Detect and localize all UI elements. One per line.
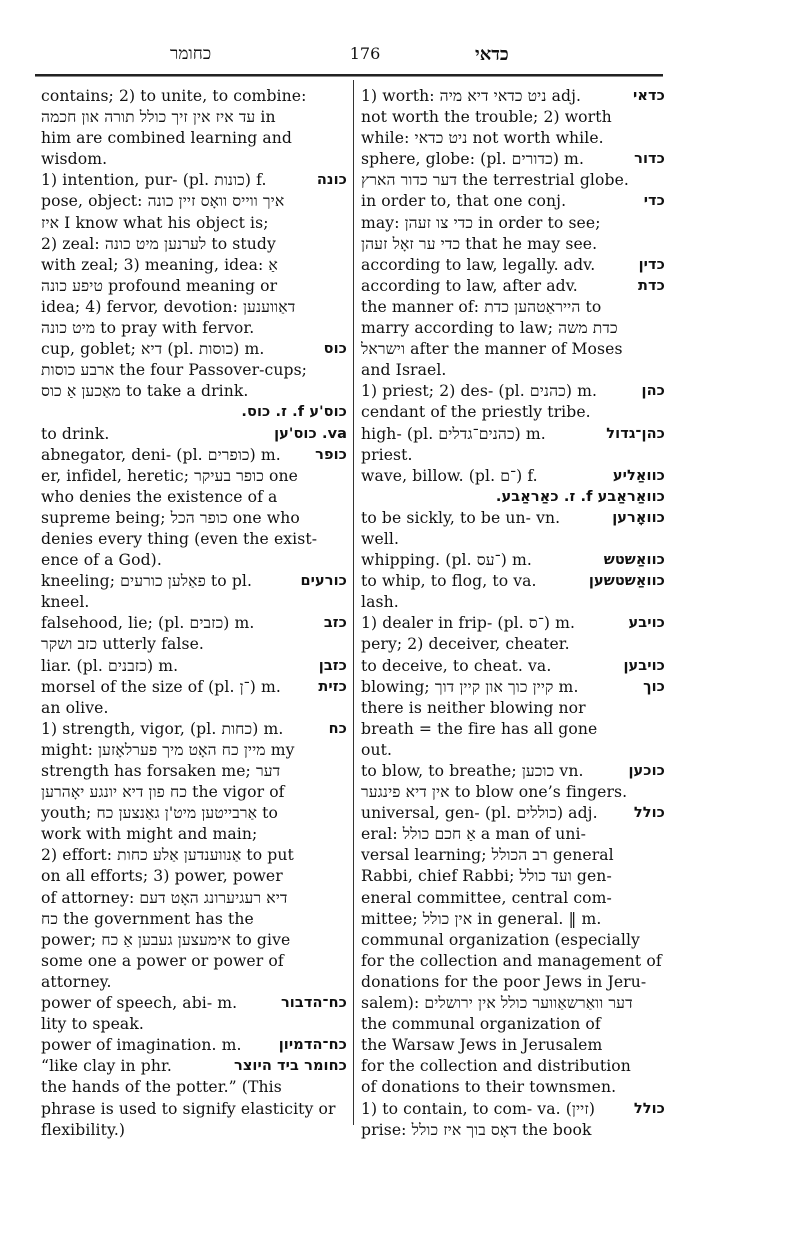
definition-text: ence of a God).: [41, 550, 162, 571]
definition-text: Rabbi, chief Rabbi; ועד כולל gen-: [361, 866, 612, 887]
headword: כויבען: [623, 656, 665, 677]
entry-line: power of imagination. m.כח־הדמיון: [41, 1035, 347, 1056]
entry-line: the hands of the potter.” (This: [41, 1077, 347, 1098]
entry-line: er, infidel, heretic; כופר בעיקר one: [41, 466, 347, 487]
entry-line: whipping. (pl. ־עס) m.כוואַשטש: [361, 550, 665, 571]
definition-text: attorney.: [41, 972, 112, 993]
headword: כזית: [318, 677, 347, 698]
headword: כחומר ביד היוצר: [234, 1056, 347, 1077]
headword: כוואַשטש: [604, 550, 665, 571]
definition-text: for the collection and distribution: [361, 1056, 631, 1077]
headword: כזב: [324, 613, 347, 634]
headword: כוואַראַבע f. ז. כאַראַבע.: [496, 487, 665, 508]
definition-text: power of imagination. m.: [41, 1035, 242, 1056]
definition-text: sphere, globe: (pl. כדורים) m.: [361, 149, 584, 170]
definition-text: power; אימעצען געבען אַ כח to give: [41, 930, 290, 951]
entry-line: for the collection and management of: [361, 951, 665, 972]
definition-text: work with might and main;: [41, 824, 257, 845]
entry-line: eral: אַ חכם כולל a man of uni-: [361, 824, 665, 845]
entry-line: ארבע כוסות the four Passover-cups;: [41, 360, 347, 381]
headword: כדור: [634, 149, 665, 170]
definition-text: to blow, to breathe; כוכען vn.: [361, 761, 584, 782]
headword: כח־הדמיון: [279, 1035, 347, 1056]
headword: כויבע: [629, 613, 665, 634]
headword: כוואַשטשען: [589, 571, 665, 592]
entry-line: some one a power or power of: [41, 951, 347, 972]
definition-text: not worth the trouble; 2) worth: [361, 107, 612, 128]
definition-text: breath = the fire has all gone: [361, 719, 597, 740]
entry-line: ence of a God).: [41, 550, 347, 571]
dictionary-page: כחומר 176 כדאי contains; 2) to unite, to…: [0, 0, 788, 1237]
entry-line: עד איז אין זיך כולל תורה און חכמה in: [41, 107, 347, 128]
definition-text: versal learning; רב הכולל general: [361, 845, 614, 866]
entry-line: salem): דער וואַרשאַווער כולל אין ירושלי…: [361, 993, 665, 1014]
definition-text: strength has forsaken me; דער: [41, 761, 280, 782]
definition-text: to whip, to flog, to va.: [361, 571, 537, 592]
definition-text: marry according to law; כדת משה: [361, 318, 618, 339]
entry-line: to deceive, to cheat. va.כויבען: [361, 656, 665, 677]
definition-text: of attorney: דיא רעגיערונג האָט דעם: [41, 888, 288, 909]
entry-line: in order to, that one conj.כדי: [361, 191, 665, 212]
definition-text: כזב ושקר utterly false.: [41, 634, 204, 655]
headword: כהן: [642, 381, 665, 402]
headword: כוס: [324, 339, 347, 360]
entry-line: abnegator, deni- (pl. כופרים) m.כופר: [41, 445, 347, 466]
definition-text: idea; 4) fervor, devotion: דאַווענען: [41, 297, 295, 318]
definition-text: er, infidel, heretic; כופר בעיקר one: [41, 466, 298, 487]
entry-line: an olive.: [41, 698, 347, 719]
definition-text: איז I know what his object is;: [41, 213, 269, 234]
definition-text: 1) worth: ניט כדאי דיא מיה adj.: [361, 86, 581, 107]
entry-line: cup, goblet; דיא (pl. כוסות) m.כוס: [41, 339, 347, 360]
headword: כדת: [638, 276, 665, 297]
definition-text: cup, goblet; דיא (pl. כוסות) m.: [41, 339, 264, 360]
definition-text: כדי ער זאָל זעהן that he may see.: [361, 234, 597, 255]
definition-text: him are combined learning and: [41, 128, 292, 149]
entry-line: of donations to their townsmen.: [361, 1077, 665, 1098]
definition-text: may: כדי צו זעהן in order to see;: [361, 213, 601, 234]
headword: כוס'ע f. ז. כוס.: [241, 402, 347, 423]
left-guide-word: כחומר: [170, 44, 211, 64]
definition-text: supreme being; כופר הכל one who: [41, 508, 300, 529]
definition-text: the hands of the potter.” (This: [41, 1077, 282, 1098]
definition-text: eneral committee, central com-: [361, 888, 612, 909]
definition-text: to be sickly, to be un- vn.: [361, 508, 560, 529]
definition-text: “like clay in phr.: [41, 1056, 172, 1077]
entry-line: to blow, to breathe; כוכען vn.כוכען: [361, 761, 665, 782]
entry-line: וישראל after the manner of Moses: [361, 339, 665, 360]
definition-text: 2) effort: אַנווענדען אַלע כחות to put: [41, 845, 294, 866]
entry-line: prise: דאָס בוך איז כולל the book: [361, 1120, 665, 1141]
definition-text: eral: אַ חכם כולל a man of uni-: [361, 824, 586, 845]
headword: כולל: [634, 1099, 665, 1120]
entry-line: kneel.: [41, 592, 347, 613]
entry-line: priest.: [361, 445, 665, 466]
definition-text: well.: [361, 529, 399, 550]
entry-line: of attorney: דיא רעגיערונג האָט דעם: [41, 888, 347, 909]
entry-line: pery; 2) deceiver, cheater.: [361, 634, 665, 655]
entry-line: marry according to law; כדת משה: [361, 318, 665, 339]
definition-text: lash.: [361, 592, 399, 613]
entry-line: with zeal; 3) meaning, idea: אַ: [41, 255, 347, 276]
entry-line: while: ניט כדאי not worth while.: [361, 128, 665, 149]
entry-line: may: כדי צו זעהן in order to see;: [361, 213, 665, 234]
entry-line: כוס'ע f. ז. כוס.: [41, 402, 347, 423]
entry-line: universal, gen- (pl. כוללים) adj.כולל: [361, 803, 665, 824]
entry-line: strength has forsaken me; דער: [41, 761, 347, 782]
headword: כדין: [639, 255, 665, 276]
entry-line: כדי ער זאָל זעהן that he may see.: [361, 234, 665, 255]
definition-text: lity to speak.: [41, 1014, 144, 1035]
entry-line: breath = the fire has all gone: [361, 719, 665, 740]
entry-line: power of speech, abi- m.כח־הדבור: [41, 993, 347, 1014]
definition-text: salem): דער וואַרשאַווער כולל אין ירושלי…: [361, 993, 633, 1014]
definition-text: טיפע כונה profound meaning or: [41, 276, 277, 297]
definition-text: to drink.: [41, 424, 109, 445]
entry-line: דער כדור הארץ the terrestrial globe.: [361, 170, 665, 191]
definition-text: the manner of: הייראַטהען כדת to: [361, 297, 601, 318]
definition-text: for the collection and management of: [361, 951, 662, 972]
headword: va. כוס'ען: [274, 424, 347, 445]
entry-line: sphere, globe: (pl. כדורים) m.כדור: [361, 149, 665, 170]
definition-text: the Warsaw Jews in Jerusalem: [361, 1035, 602, 1056]
entry-line: liar. (pl. כזבנים) m.כזבן: [41, 656, 347, 677]
headword: כוך: [643, 677, 665, 698]
entry-line: well.: [361, 529, 665, 550]
headword: כוואַליע: [613, 466, 665, 487]
definition-text: כח the government has the: [41, 909, 254, 930]
definition-text: to deceive, to cheat. va.: [361, 656, 551, 677]
definition-text: כח פון דיא יונגע יאָהרען the vigor of: [41, 782, 285, 803]
headword: כוכען: [628, 761, 665, 782]
definition-text: cendant of the priestly tribe.: [361, 402, 591, 423]
entry-line: blowing; קיין כוך און קיין דוך m.כוך: [361, 677, 665, 698]
entry-line: 2) zeal: לערנען מיט כונה to study: [41, 234, 347, 255]
definition-text: מיט כונה to pray with fervor.: [41, 318, 254, 339]
entry-line: טיפע כונה profound meaning or: [41, 276, 347, 297]
definition-text: 1) priest; 2) des- (pl. כהנים) m.: [361, 381, 597, 402]
definition-text: priest.: [361, 445, 413, 466]
entry-line: idea; 4) fervor, devotion: דאַווענען: [41, 297, 347, 318]
definition-text: ארבע כוסות the four Passover-cups;: [41, 360, 307, 381]
definition-text: עד איז אין זיך כולל תורה און חכמה in: [41, 107, 276, 128]
definition-text: flexibility.): [41, 1120, 125, 1141]
entry-line: falsehood, lie; (pl. כזבים) m.כזב: [41, 613, 347, 634]
entry-line: to drink.va. כוס'ען: [41, 424, 347, 445]
entry-line: כזב ושקר utterly false.: [41, 634, 347, 655]
entry-line: 1) dealer in frip- (pl. ־ס) m.כויבע: [361, 613, 665, 634]
definition-text: youth; אַרבייטען מיט'ן גאַנצען כח to: [41, 803, 278, 824]
left-column: contains; 2) to unite, to combine:עד איז…: [41, 86, 347, 1141]
headword: כוואָרען: [612, 508, 665, 529]
definition-text: while: ניט כדאי not worth while.: [361, 128, 604, 149]
definition-text: wisdom.: [41, 149, 107, 170]
entry-line: the communal organization of: [361, 1014, 665, 1035]
header-rule: [35, 74, 663, 77]
entry-line: might: מיין כח האָט מיך פערלאָזען my: [41, 740, 347, 761]
entry-line: phrase is used to signify elasticity or: [41, 1099, 347, 1120]
headword: כונה: [317, 170, 347, 191]
entry-line: 1) worth: ניט כדאי דיא מיה adj.כדאי: [361, 86, 665, 107]
definition-text: 1) strength, vigor, (pl. כחות) m.: [41, 719, 283, 740]
definition-text: contains; 2) to unite, to combine:: [41, 86, 306, 107]
definition-text: falsehood, lie; (pl. כזבים) m.: [41, 613, 254, 634]
definition-text: universal, gen- (pl. כוללים) adj.: [361, 803, 598, 824]
definition-text: whipping. (pl. ־עס) m.: [361, 550, 532, 571]
definition-text: with zeal; 3) meaning, idea: אַ: [41, 255, 278, 276]
headword: כח: [329, 719, 347, 740]
definition-text: power of speech, abi- m.: [41, 993, 237, 1014]
entry-line: איז I know what his object is;: [41, 213, 347, 234]
right-column: 1) worth: ניט כדאי דיא מיה adj.כדאיnot w…: [361, 86, 665, 1141]
headword: כורעים: [300, 571, 347, 592]
definition-text: מאַכען אַ כוס to take a drink.: [41, 381, 248, 402]
entry-line: high- (pl. כהנים־גדלים) m.כהן־גדול: [361, 424, 665, 445]
definition-text: some one a power or power of: [41, 951, 284, 972]
definition-text: kneel.: [41, 592, 90, 613]
column-divider: [353, 80, 354, 1125]
entry-line: versal learning; רב הכולל general: [361, 845, 665, 866]
definition-text: in order to, that one conj.: [361, 191, 566, 212]
entry-line: 2) effort: אַנווענדען אַלע כחות to put: [41, 845, 347, 866]
entry-line: for the collection and distribution: [361, 1056, 665, 1077]
definition-text: out.: [361, 740, 392, 761]
definition-text: 1) intention, pur- (pl. כונות) f.: [41, 170, 267, 191]
definition-text: there is neither blowing nor: [361, 698, 586, 719]
entry-line: כח the government has the: [41, 909, 347, 930]
definition-text: 1) to contain, to com- va. (זיין): [361, 1099, 595, 1120]
headword: כדי: [644, 191, 665, 212]
definition-text: on all efforts; 3) power, power: [41, 866, 283, 887]
definition-text: abnegator, deni- (pl. כופרים) m.: [41, 445, 281, 466]
definition-text: mittee; אין כולל in general. ‖ m.: [361, 909, 601, 930]
headword: כזבן: [319, 656, 347, 677]
entry-line: according to law, after adv.כדת: [361, 276, 665, 297]
entry-line: wave, billow. (pl. ־ם) f.כוואַליע: [361, 466, 665, 487]
entry-line: 1) to contain, to com- va. (זיין)כולל: [361, 1099, 665, 1120]
entry-line: power; אימעצען געבען אַ כח to give: [41, 930, 347, 951]
entry-line: 1) strength, vigor, (pl. כחות) m.כח: [41, 719, 347, 740]
definition-text: of donations to their townsmen.: [361, 1077, 616, 1098]
definition-text: according to law, legally. adv.: [361, 255, 595, 276]
entry-line: Rabbi, chief Rabbi; ועד כולל gen-: [361, 866, 665, 887]
definition-text: who denies the existence of a: [41, 487, 277, 508]
entry-line: according to law, legally. adv.כדין: [361, 255, 665, 276]
running-head: כחומר 176 כדאי: [35, 44, 665, 68]
definition-text: according to law, after adv.: [361, 276, 578, 297]
definition-text: blowing; קיין כוך און קיין דוך m.: [361, 677, 579, 698]
headword: כדאי: [633, 86, 665, 107]
entry-line: 1) priest; 2) des- (pl. כהנים) m.כהן: [361, 381, 665, 402]
entry-line: wisdom.: [41, 149, 347, 170]
definition-text: denies every thing (even the exist-: [41, 529, 317, 550]
definition-text: 1) dealer in frip- (pl. ־ס) m.: [361, 613, 575, 634]
entry-line: on all efforts; 3) power, power: [41, 866, 347, 887]
entry-line: contains; 2) to unite, to combine:: [41, 86, 347, 107]
entry-line: kneeling; פאַלען כורעים to pl.כורעים: [41, 571, 347, 592]
definition-text: wave, billow. (pl. ־ם) f.: [361, 466, 538, 487]
definition-text: phrase is used to signify elasticity or: [41, 1099, 336, 1120]
definition-text: 2) zeal: לערנען מיט כונה to study: [41, 234, 276, 255]
entry-line: lity to speak.: [41, 1014, 347, 1035]
entry-line: mittee; אין כולל in general. ‖ m.: [361, 909, 665, 930]
definition-text: morsel of the size of (pl. ־ן) m.: [41, 677, 281, 698]
entry-line: to be sickly, to be un- vn.כוואָרען: [361, 508, 665, 529]
headword: כהן־גדול: [606, 424, 665, 445]
entry-line: out.: [361, 740, 665, 761]
entry-line: to whip, to flog, to va.כוואַשטשען: [361, 571, 665, 592]
entry-line: מאַכען אַ כוס to take a drink.: [41, 381, 347, 402]
definition-text: pery; 2) deceiver, cheater.: [361, 634, 570, 655]
entry-line: donations for the poor Jews in Jeru-: [361, 972, 665, 993]
definition-text: an olive.: [41, 698, 109, 719]
headword: כולל: [634, 803, 665, 824]
definition-text: prise: דאָס בוך איז כולל the book: [361, 1120, 592, 1141]
definition-text: liar. (pl. כזבנים) m.: [41, 656, 178, 677]
definition-text: pose, object: איך ווייס וואָס זיין כונה: [41, 191, 284, 212]
entry-line: attorney.: [41, 972, 347, 993]
definition-text: kneeling; פאַלען כורעים to pl.: [41, 571, 252, 592]
entry-line: eneral committee, central com-: [361, 888, 665, 909]
entry-line: and Israel.: [361, 360, 665, 381]
entry-line: 1) intention, pur- (pl. כונות) f.כונה: [41, 170, 347, 191]
entry-line: pose, object: איך ווייס וואָס זיין כונה: [41, 191, 347, 212]
entry-line: him are combined learning and: [41, 128, 347, 149]
right-guide-word: כדאי: [475, 44, 509, 65]
entry-line: youth; אַרבייטען מיט'ן גאַנצען כח to: [41, 803, 347, 824]
entry-line: flexibility.): [41, 1120, 347, 1141]
entry-line: מיט כונה to pray with fervor.: [41, 318, 347, 339]
definition-text: וישראל after the manner of Moses: [361, 339, 623, 360]
entry-line: cendant of the priestly tribe.: [361, 402, 665, 423]
entry-line: who denies the existence of a: [41, 487, 347, 508]
entry-line: אין דיא פינגער to blow one’s fingers.: [361, 782, 665, 803]
definition-text: אין דיא פינגער to blow one’s fingers.: [361, 782, 627, 803]
definition-text: דער כדור הארץ the terrestrial globe.: [361, 170, 629, 191]
definition-text: donations for the poor Jews in Jeru-: [361, 972, 646, 993]
entry-line: communal organization (especially: [361, 930, 665, 951]
definition-text: the communal organization of: [361, 1014, 601, 1035]
entry-line: the manner of: הייראַטהען כדת to: [361, 297, 665, 318]
entry-line: the Warsaw Jews in Jerusalem: [361, 1035, 665, 1056]
page-number: 176: [335, 44, 395, 63]
headword: כופר: [315, 445, 347, 466]
headword: כח־הדבור: [281, 993, 347, 1014]
entry-line: there is neither blowing nor: [361, 698, 665, 719]
entry-line: “like clay in phr.כחומר ביד היוצר: [41, 1056, 347, 1077]
definition-text: communal organization (especially: [361, 930, 640, 951]
definition-text: high- (pl. כהנים־גדלים) m.: [361, 424, 546, 445]
entry-line: כוואַראַבע f. ז. כאַראַבע.: [361, 487, 665, 508]
entry-line: work with might and main;: [41, 824, 347, 845]
entry-line: not worth the trouble; 2) worth: [361, 107, 665, 128]
entry-line: denies every thing (even the exist-: [41, 529, 347, 550]
entry-line: כח פון דיא יונגע יאָהרען the vigor of: [41, 782, 347, 803]
entry-line: supreme being; כופר הכל one who: [41, 508, 347, 529]
entry-line: morsel of the size of (pl. ־ן) m.כזית: [41, 677, 347, 698]
definition-text: might: מיין כח האָט מיך פערלאָזען my: [41, 740, 295, 761]
definition-text: and Israel.: [361, 360, 446, 381]
entry-line: lash.: [361, 592, 665, 613]
